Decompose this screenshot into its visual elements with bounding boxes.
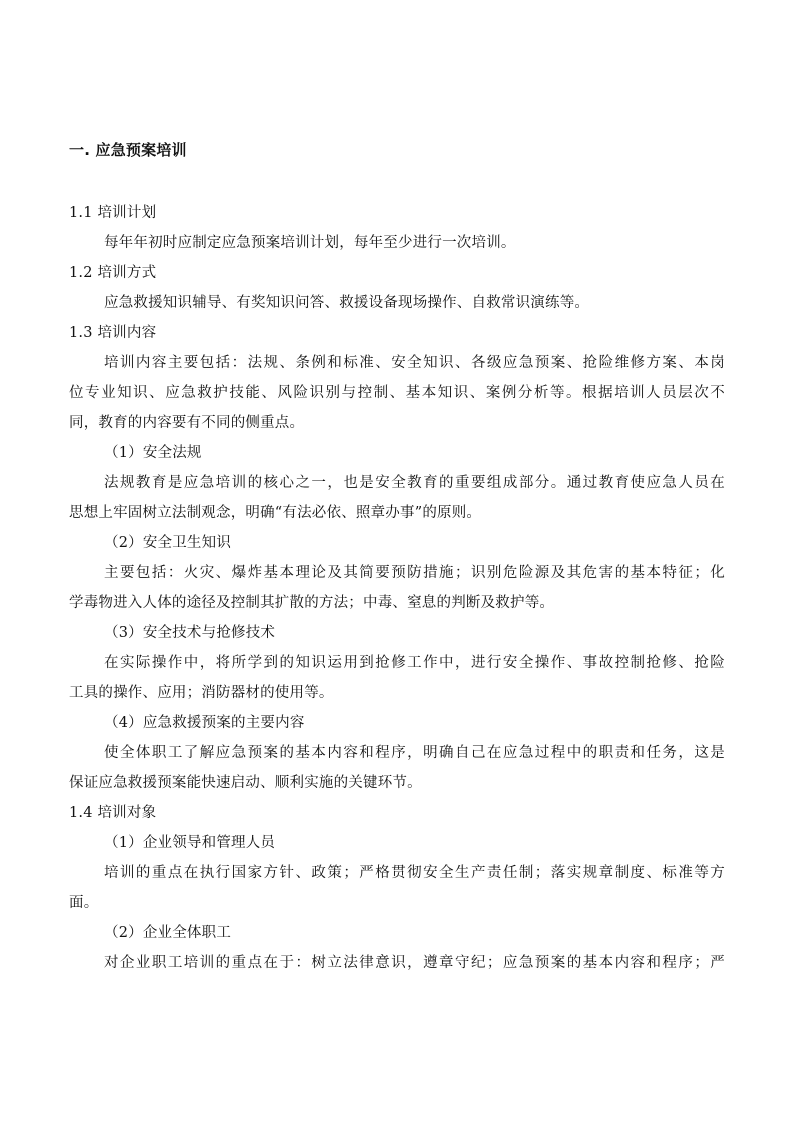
document-page: 一. 应急预案培训 1.1 培训计划 每年年初时应制定应急预案培训计划，每年至少… — [0, 0, 793, 1122]
section-heading-1-1: 1.1 培训计划 — [69, 203, 156, 223]
section-heading-1-2: 1.2 培训方式 — [69, 263, 156, 283]
paragraph-line: 思想上牢固树立法制观念，明确“有法必依、照章办事”的原则。 — [69, 503, 481, 523]
section-heading-1-3: 1.3 培训内容 — [69, 323, 156, 343]
section-heading-1-4: 1.4 培训对象 — [69, 803, 156, 823]
paragraph-line: 每年年初时应制定应急预案培训计划，每年至少进行一次培训。 — [104, 233, 516, 253]
paragraph-line: 保证应急救援预案能快速启动、顺利实施的关键环节。 — [69, 773, 422, 793]
subsection-heading: （4）应急救援预案的主要内容 — [104, 713, 305, 733]
paragraph-line: 学毒物进入人体的途径及控制其扩散的方法；中毒、窒息的判断及救护等。 — [69, 593, 554, 613]
paragraph-line: 位专业知识、应急救护技能、风险识别与控制、基本知识、案例分析等。根据培训人员层次… — [69, 383, 725, 403]
paragraph-line: 对企业职工培训的重点在于：树立法律意识，遵章守纪；应急预案的基本内容和程序；严 — [104, 953, 725, 973]
subsection-heading: （3）安全技术与抢修技术 — [104, 623, 275, 643]
subsection-heading: （1）企业领导和管理人员 — [104, 833, 275, 853]
paragraph-line: 主要包括：火灾、爆炸基本理论及其简要预防措施；识别危险源及其危害的基本特征；化 — [104, 563, 725, 583]
paragraph-line: 培训的重点在执行国家方针、政策；严格贯彻安全生产责任制；落实规章制度、标准等方 — [104, 863, 725, 883]
subsection-heading: （2）企业全体职工 — [104, 923, 231, 943]
paragraph-line: 培训内容主要包括：法规、条例和标准、安全知识、各级应急预案、抢险维修方案、本岗 — [104, 353, 725, 373]
paragraph-line: 同，教育的内容要有不同的侧重点。 — [69, 413, 304, 433]
paragraph-line: 法规教育是应急培训的核心之一，也是安全教育的重要组成部分。通过教育使应急人员在 — [104, 473, 725, 493]
document-title: 一. 应急预案培训 — [69, 140, 187, 160]
paragraph-line: 使全体职工了解应急预案的基本内容和程序，明确自己在应急过程中的职责和任务，这是 — [104, 743, 725, 763]
subsection-heading: （2）安全卫生知识 — [104, 533, 231, 553]
paragraph-line: 工具的操作、应用；消防器材的使用等。 — [69, 683, 334, 703]
paragraph-line: 应急救援知识辅导、有奖知识问答、救援设备现场操作、自救常识演练等。 — [104, 293, 589, 313]
paragraph-line: 面。 — [69, 893, 98, 913]
paragraph-line: 在实际操作中，将所学到的知识运用到抢修工作中，进行安全操作、事故控制抢修、抢险 — [104, 653, 725, 673]
subsection-heading: （1）安全法规 — [104, 443, 202, 463]
